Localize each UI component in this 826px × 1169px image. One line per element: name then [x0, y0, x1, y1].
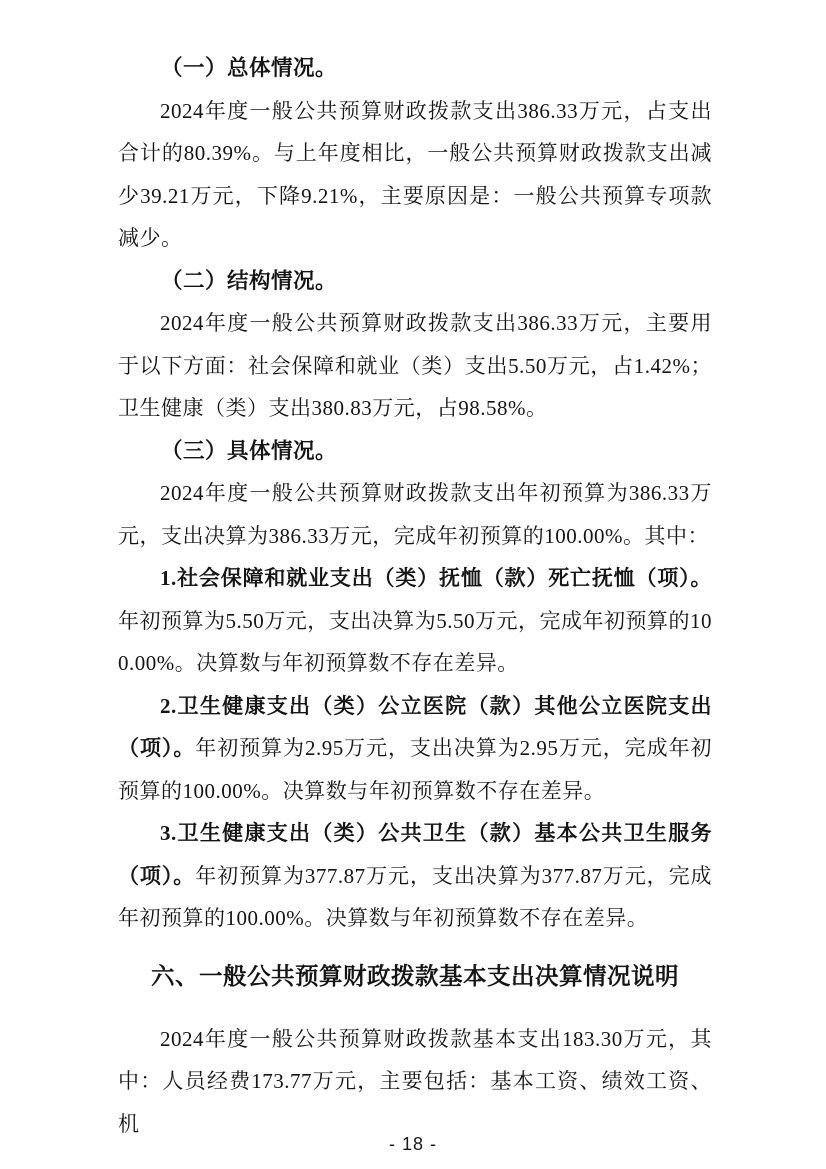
subsection-heading-overall: （一）总体情况。 [118, 47, 712, 90]
paragraph-overall: 2024年度一般公共预算财政拨款支出386.33万元，占支出合计的80.39%。… [118, 90, 712, 260]
item-1-lead: 1.社会保障和就业支出（类）抚恤（款）死亡抚恤（项）。 [160, 566, 712, 590]
document-content: （一）总体情况。 2024年度一般公共预算财政拨款支出386.33万元，占支出合… [118, 47, 712, 1145]
item-3-text: 年初预算为377.87万元，支出决算为377.87万元，完成年初预算的100.0… [118, 864, 712, 931]
paragraph-detail-item-2: 2.卫生健康支出（类）公立医院（款）其他公立医院支出（项）。年初预算为2.95万… [118, 685, 712, 813]
paragraph-detail-item-1: 1.社会保障和就业支出（类）抚恤（款）死亡抚恤（项）。年初预算为5.50万元，支… [118, 557, 712, 685]
subsection-heading-structure: （二）结构情况。 [118, 260, 712, 303]
page-number: - 18 - [0, 1134, 826, 1155]
document-page: （一）总体情况。 2024年度一般公共预算财政拨款支出386.33万元，占支出合… [0, 0, 826, 1169]
paragraph-section-six: 2024年度一般公共预算财政拨款基本支出183.30万元，其中：人员经费173.… [118, 1018, 712, 1146]
paragraph-detail-intro: 2024年度一般公共预算财政拨款支出年初预算为386.33万元，支出决算为386… [118, 472, 712, 557]
item-1-text: 年初预算为5.50万元，支出决算为5.50万元，完成年初预算的100.00%。决… [118, 609, 712, 676]
subsection-heading-detail: （三）具体情况。 [118, 430, 712, 473]
paragraph-detail-item-3: 3.卫生健康支出（类）公共卫生（款）基本公共卫生服务（项）。年初预算为377.8… [118, 812, 712, 940]
section-heading-six: 六、一般公共预算财政拨款基本支出决算情况说明 [118, 959, 712, 993]
item-2-text: 年初预算为2.95万元，支出决算为2.95万元，完成年初预算的100.00%。决… [118, 736, 712, 803]
paragraph-structure: 2024年度一般公共预算财政拨款支出386.33万元，主要用于以下方面：社会保障… [118, 302, 712, 430]
